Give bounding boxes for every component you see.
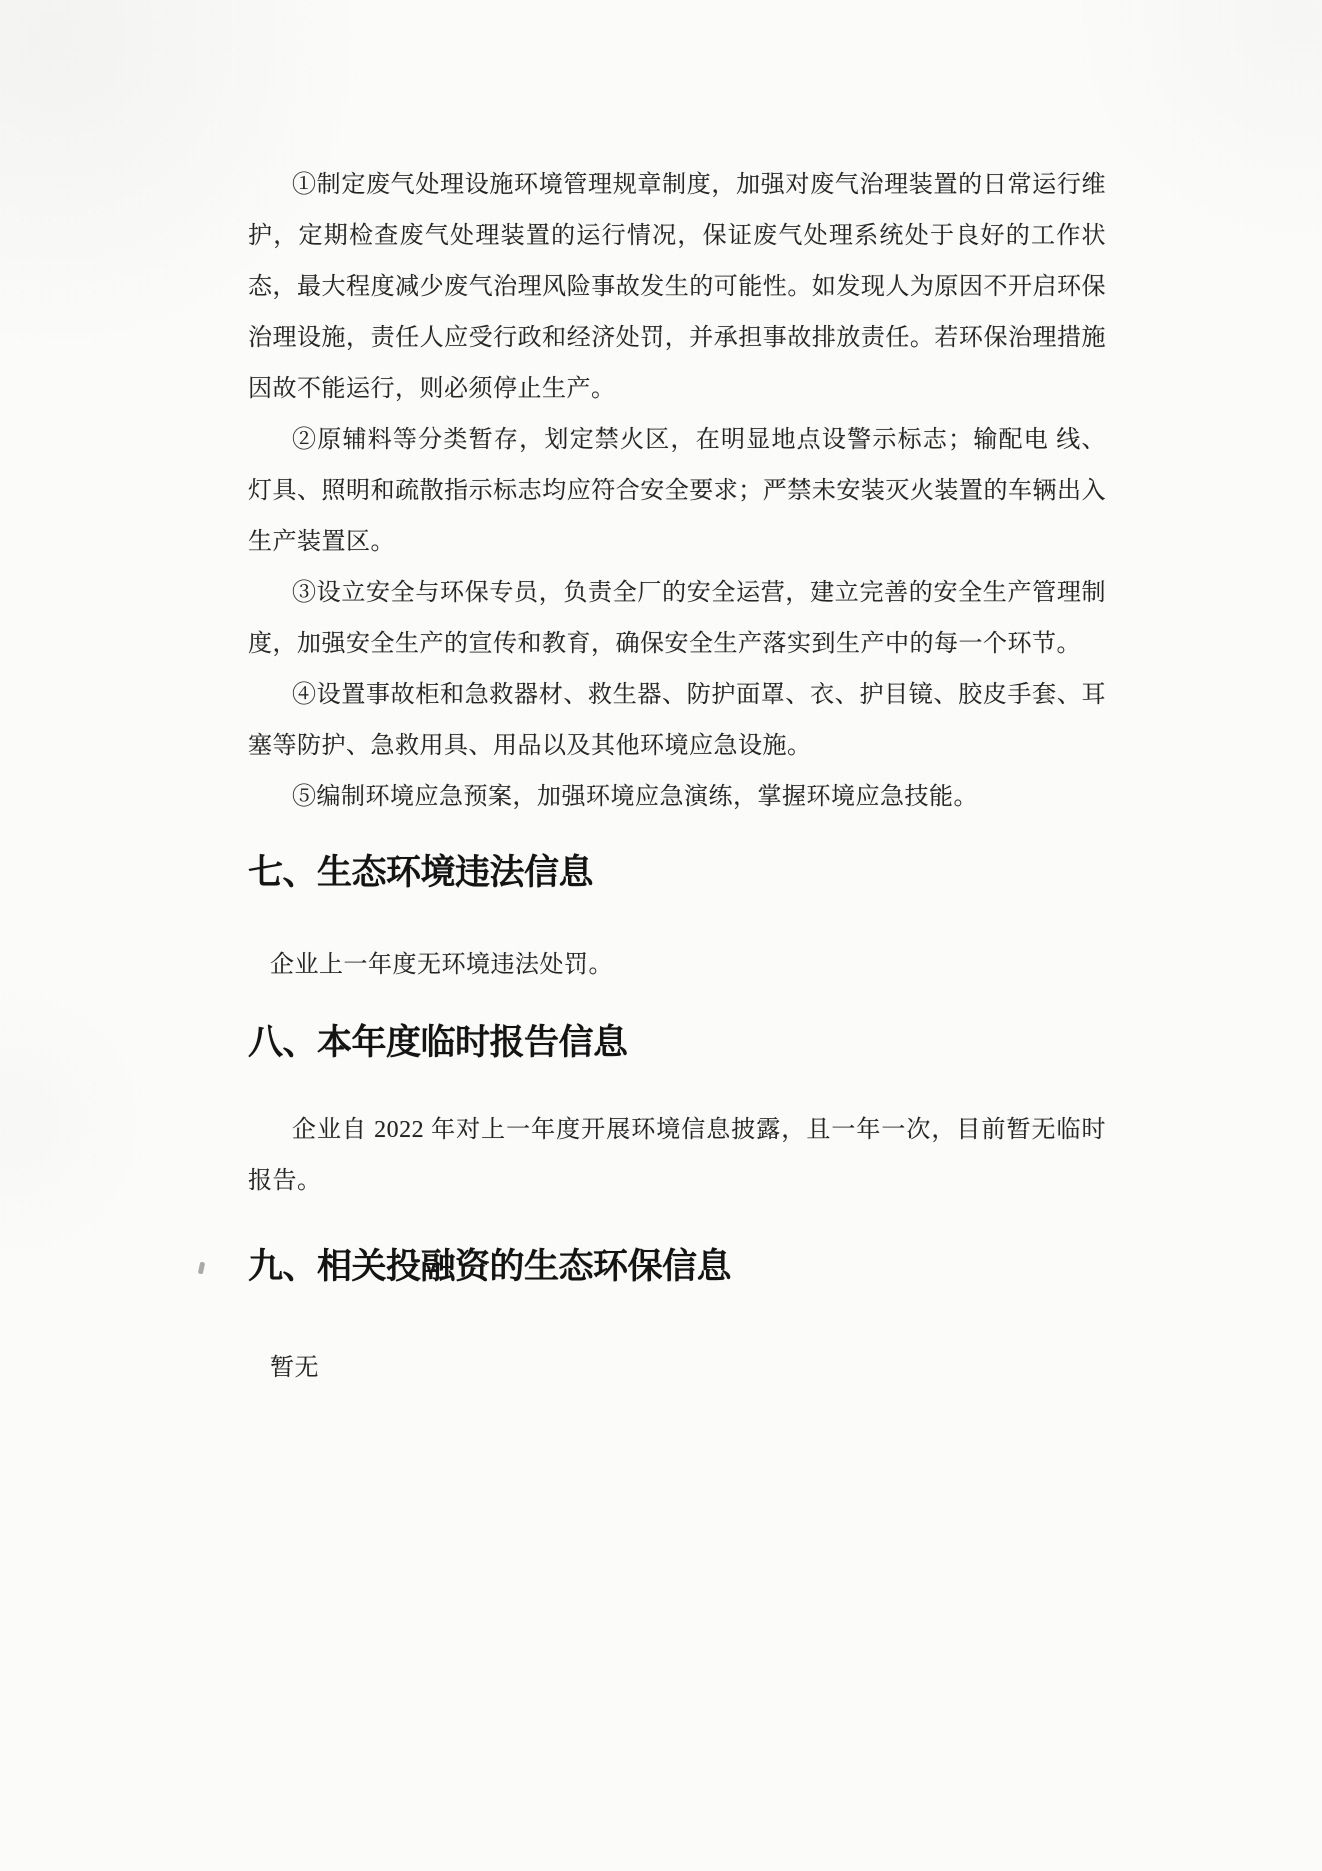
document-content: ①制定废气处理设施环境管理规章制度，加强对废气治理装置的日常运行维护，定期检查废…	[248, 160, 1106, 1394]
section-temporary-report: 八、本年度临时报告信息 企业自 2022 年对上一年度开展环境信息披露，且一年一…	[248, 1023, 1106, 1207]
measure-paragraph-4: ④设置事故柜和急救器材、救生器、防护面罩、衣、护目镜、胶皮手套、耳塞等防护、急救…	[248, 670, 1106, 772]
measure-paragraph-2: ②原辅料等分类暂存，划定禁火区，在明显地点设警示标志；输配电 线、灯具、照明和疏…	[248, 415, 1106, 568]
section-investment-financing: 九、相关投融资的生态环保信息 暂无	[248, 1247, 1106, 1394]
measure-paragraph-3: ③设立安全与环保专员，负责全厂的安全运营，建立完善的安全生产管理制度，加强安全生…	[248, 568, 1106, 670]
section-heading-8: 八、本年度临时报告信息	[248, 1023, 1106, 1063]
section-heading-7: 七、生态环境违法信息	[248, 853, 1106, 893]
section-heading-9: 九、相关投融资的生态环保信息	[248, 1247, 1106, 1287]
measure-paragraph-5: ⑤编制环境应急预案，加强环境应急演练，掌握环境应急技能。	[248, 772, 1106, 823]
section-measures-list: ①制定废气处理设施环境管理规章制度，加强对废气治理装置的日常运行维护，定期检查废…	[248, 160, 1106, 823]
section-body-8: 企业自 2022 年对上一年度开展环境信息披露，且一年一次，目前暂无临时报告。	[248, 1105, 1106, 1207]
section-body-9: 暂无	[248, 1343, 1106, 1394]
section-environmental-violations: 七、生态环境违法信息 企业上一年度无环境违法处罚。	[248, 853, 1106, 991]
scan-artifact-mark	[198, 1262, 205, 1275]
measure-paragraph-1: ①制定废气处理设施环境管理规章制度，加强对废气治理装置的日常运行维护，定期检查废…	[248, 160, 1106, 415]
section-body-7: 企业上一年度无环境违法处罚。	[248, 940, 1106, 991]
document-page: ①制定废气处理设施环境管理规章制度，加强对废气治理装置的日常运行维护，定期检查废…	[0, 0, 1322, 1871]
